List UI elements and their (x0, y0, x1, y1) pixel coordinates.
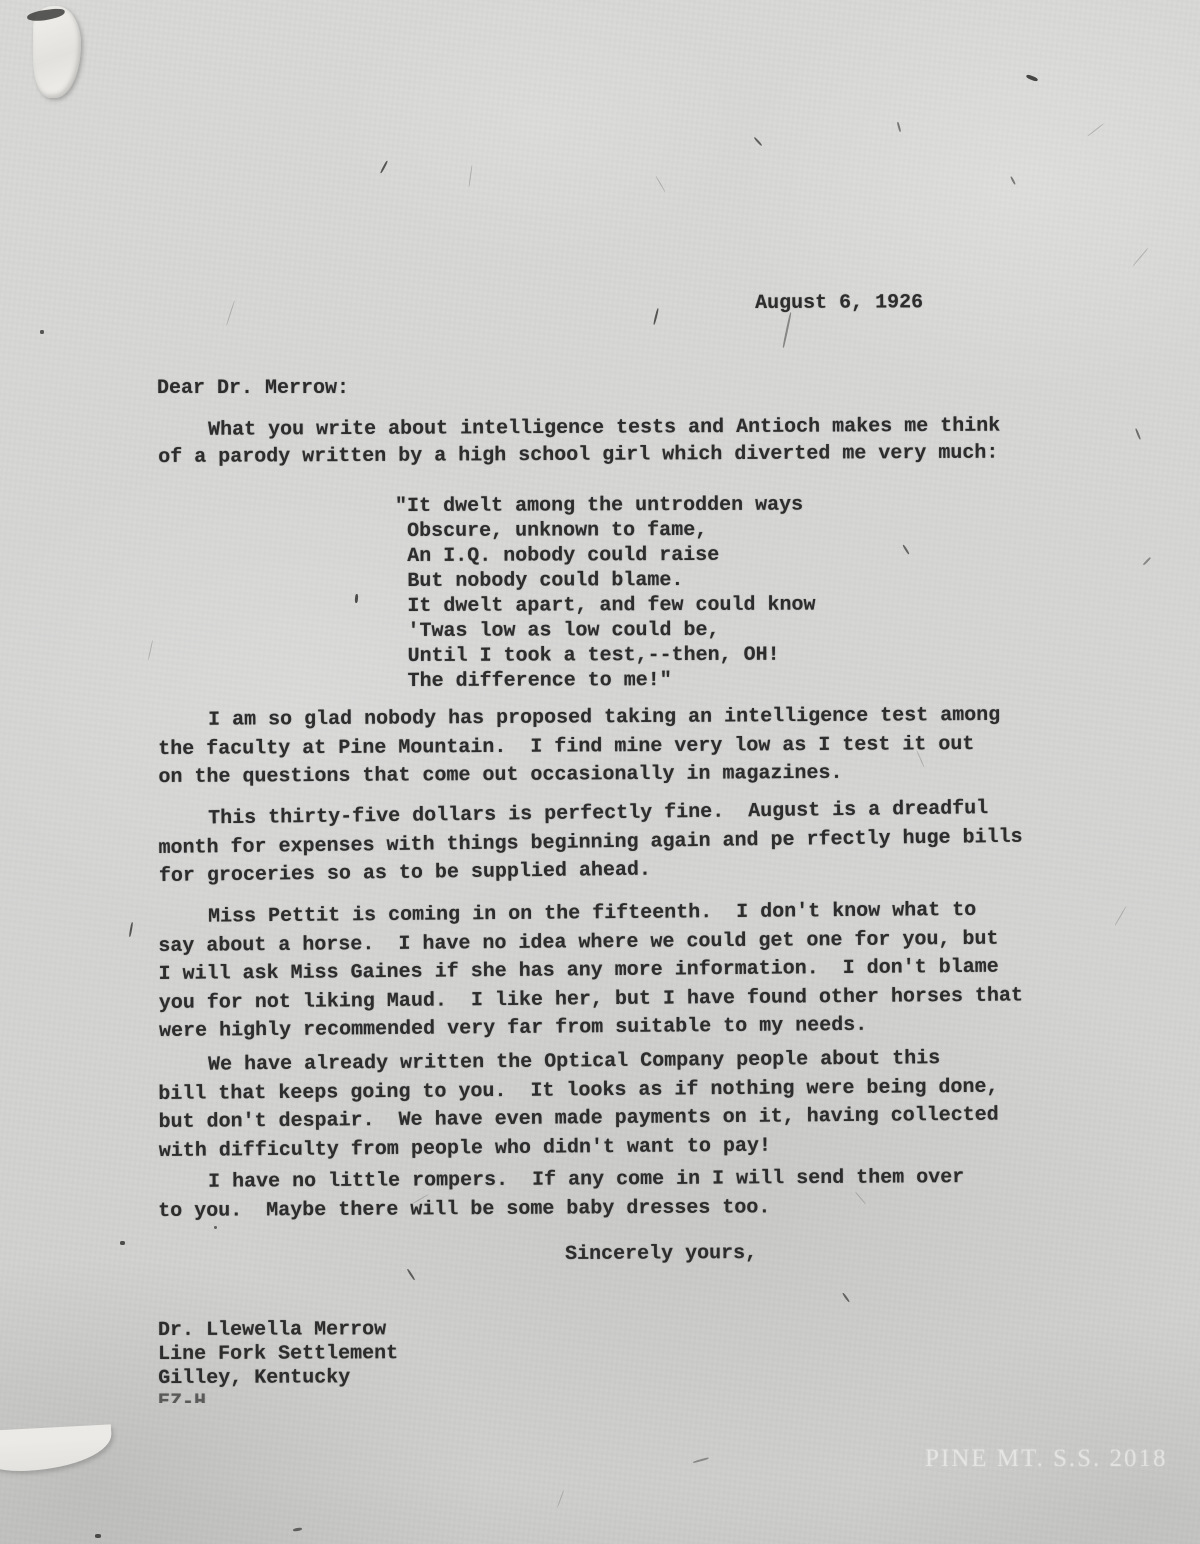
poem-line: 'Twas low as low could be, (395, 618, 815, 644)
letter-line: of a parody written by a high school gir… (158, 440, 1000, 471)
letter-line: were highly recommended very far from su… (159, 1010, 1023, 1046)
poem-line: It dwelt apart, and few could know (395, 593, 815, 619)
poem-line: The difference to me!" (396, 668, 816, 694)
paragraph-intelligence-test: I am so glad nobody has proposed taking … (158, 702, 1001, 793)
scan-watermark: PINE MT. S.S. 2018 (925, 1445, 1168, 1473)
salutation: Dear Dr. Merrow: (157, 377, 349, 400)
signature-name: Dr. Llewella Merrow (158, 1318, 398, 1343)
signature-place: Gilley, Kentucky (158, 1366, 398, 1391)
signature-block: Dr. Llewella Merrow Line Fork Settlement… (158, 1318, 398, 1391)
poem-line: An I.Q. nobody could raise (395, 543, 815, 569)
typewritten-text-layer: August 6, 1926 Dear Dr. Merrow: What you… (0, 0, 1200, 1544)
letter-line: the faculty at Pine Mountain. I find min… (158, 730, 1000, 764)
poem-line: Until I took a test,--then, OH! (396, 643, 816, 669)
paragraph-thirty-five-dollars: This thirty-five dollars is perfectly fi… (158, 795, 1023, 892)
poem-quote: "It dwelt among the untrodden ways Obscu… (395, 493, 816, 694)
closing: Sincerely yours, (565, 1242, 757, 1266)
letter-line: I am so glad nobody has proposed taking … (158, 702, 1000, 736)
paragraph-intro: What you write about intelligence tests … (158, 413, 1000, 471)
letter-line: to you. Maybe there will be some baby dr… (158, 1193, 964, 1226)
letter-line: I have no little rompers. If any come in… (158, 1164, 964, 1197)
letter-line: on the questions that come out occasiona… (158, 759, 1000, 793)
paragraph-optical-company: We have already written the Optical Comp… (158, 1045, 999, 1166)
paragraph-rompers: I have no little rompers. If any come in… (158, 1164, 964, 1226)
poem-line: "It dwelt among the untrodden ways (395, 493, 815, 519)
paragraph-miss-pettit: Miss Pettit is coming in on the fifteent… (158, 896, 1023, 1046)
signature-org: Line Fork Settlement (158, 1342, 398, 1367)
poem-line: Obscure, unknown to fame, (395, 518, 815, 544)
letter-page: August 6, 1926 Dear Dr. Merrow: What you… (0, 0, 1200, 1544)
poem-line: But nobody could blame. (395, 568, 815, 594)
typist-initials: EZ-H (158, 1391, 206, 1403)
letter-date: August 6, 1926 (755, 291, 923, 315)
